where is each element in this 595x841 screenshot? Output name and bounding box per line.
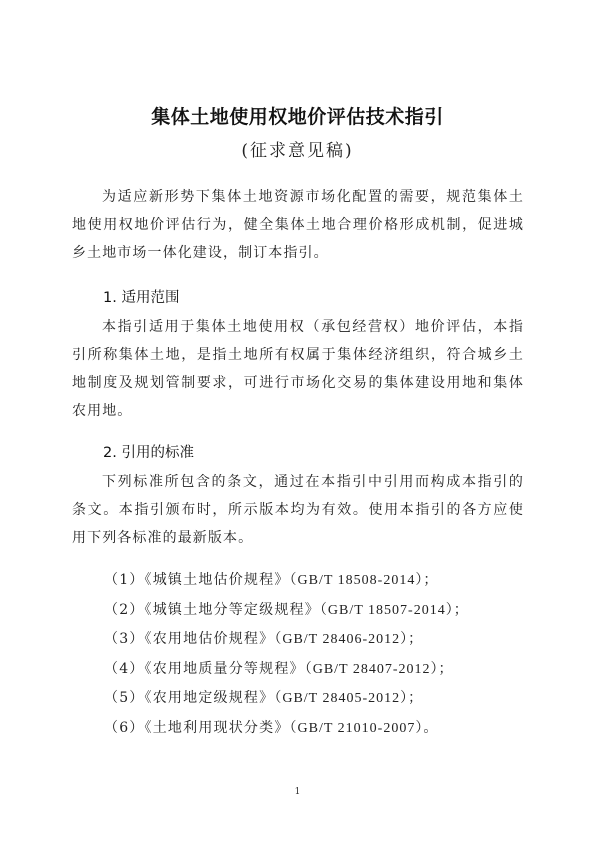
reference-number: （3）	[104, 631, 145, 647]
reference-code: （GB/T 21010-2007）。	[290, 721, 439, 736]
list-item: （6）《土地利用现状分类》（GB/T 21010-2007）。	[104, 714, 469, 744]
reference-number: （1）	[104, 572, 145, 588]
reference-name: 《土地利用现状分类》	[145, 720, 290, 736]
reference-code: （GB/T 28407-2012）；	[305, 662, 454, 677]
list-item: （5）《农用地定级规程》（GB/T 28405-2012）；	[104, 684, 469, 714]
reference-code: （GB/T 18508-2014）；	[290, 573, 439, 588]
document-page: 集体土地使用权地价评估技术指引 (征求意见稿) 为适应新形势下集体土地资源市场化…	[0, 0, 595, 841]
reference-list: （1）《城镇土地估价规程》（GB/T 18508-2014）； （2）《城镇土地…	[104, 566, 469, 743]
standards-paragraph: 下列标准所包含的条文，通过在本指引中引用而构成本指引的条文。本指引颁布时，所示版…	[72, 468, 524, 552]
intro-paragraph: 为适应新形势下集体土地资源市场化配置的需要，规范集体土地使用权地价评估行为，健全…	[72, 183, 524, 267]
reference-number: （2）	[104, 602, 145, 618]
list-item: （1）《城镇土地估价规程》（GB/T 18508-2014）；	[104, 566, 469, 596]
section-heading-scope: 1. 适用范围	[103, 286, 179, 310]
standards-text: 下列标准所包含的条文，通过在本指引中引用而构成本指引的条文。本指引颁布时，所示版…	[72, 468, 524, 552]
reference-name: 《城镇土地分等定级规程》	[145, 602, 320, 618]
document-title: 集体土地使用权地价评估技术指引	[0, 105, 595, 129]
reference-number: （6）	[104, 720, 145, 736]
reference-code: （GB/T 18507-2014）；	[320, 603, 469, 618]
document-subtitle: (征求意见稿)	[0, 139, 595, 163]
list-item: （4）《农用地质量分等规程》（GB/T 28407-2012）；	[104, 655, 469, 685]
reference-number: （4）	[104, 661, 145, 677]
page-number: 1	[0, 787, 595, 797]
list-item: （3）《农用地估价规程》（GB/T 28406-2012）；	[104, 625, 469, 655]
reference-name: 《农用地定级规程》	[145, 690, 275, 706]
list-item: （2）《城镇土地分等定级规程》（GB/T 18507-2014）；	[104, 596, 469, 626]
reference-name: 《农用地估价规程》	[145, 631, 275, 647]
scope-text: 本指引适用于集体土地使用权（承包经营权）地价评估，本指引所称集体土地，是指土地所…	[72, 313, 524, 425]
intro-text: 为适应新形势下集体土地资源市场化配置的需要，规范集体土地使用权地价评估行为，健全…	[72, 183, 524, 267]
section-heading-standards: 2. 引用的标准	[103, 441, 194, 465]
reference-name: 《农用地质量分等规程》	[145, 661, 305, 677]
scope-paragraph: 本指引适用于集体土地使用权（承包经营权）地价评估，本指引所称集体土地，是指土地所…	[72, 313, 524, 425]
reference-code: （GB/T 28406-2012）；	[274, 632, 423, 647]
reference-code: （GB/T 28405-2012）；	[274, 691, 423, 706]
reference-number: （5）	[104, 690, 145, 706]
reference-name: 《城镇土地估价规程》	[145, 572, 290, 588]
